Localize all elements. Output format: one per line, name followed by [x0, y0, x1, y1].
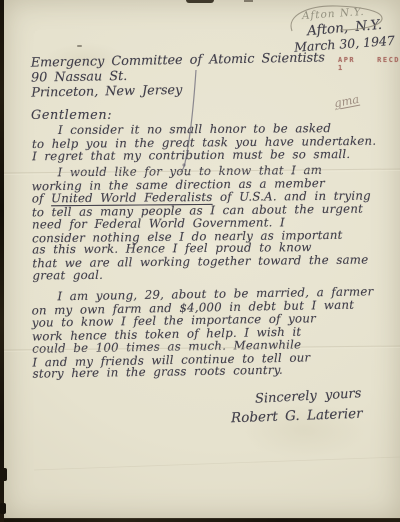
office-initials-note: gma: [333, 92, 360, 111]
closing: Sincerely yours: [255, 386, 362, 407]
letter-paper: Afton N.Y. Afton, N.Y. March 30, 1947 . …: [4, 0, 400, 519]
scan-edge-spot: [0, 503, 6, 514]
scan-edge-top-mark-small: [244, 0, 253, 2]
scan-edge-left: [0, 0, 4, 522]
salutation: Gentlemen:: [31, 108, 112, 123]
body-paragraph-1: I consider it no small honor to be asked…: [32, 122, 376, 163]
stamp-received: RECD: [377, 56, 400, 72]
signature: Robert G. Laterier: [231, 406, 363, 427]
body-paragraph-3: I am young, 29, about to be married, a f…: [31, 285, 374, 381]
stamp-date: APR 1: [338, 56, 362, 72]
body-paragraph-2: I would like for you to know that I am w…: [31, 164, 371, 283]
ink-speck: [77, 45, 82, 47]
scan-edge-top-mark: [186, 0, 214, 3]
recipient-address: Emergency Committee of Atomic Scientists…: [31, 50, 326, 100]
scanned-letter-page: Afton N.Y. Afton, N.Y. March 30, 1947 . …: [0, 0, 400, 522]
received-date-stamp: APR 1 RECD: [338, 56, 400, 72]
scan-edge-spot: [0, 468, 7, 481]
scan-edge-bottom: [4, 518, 400, 522]
